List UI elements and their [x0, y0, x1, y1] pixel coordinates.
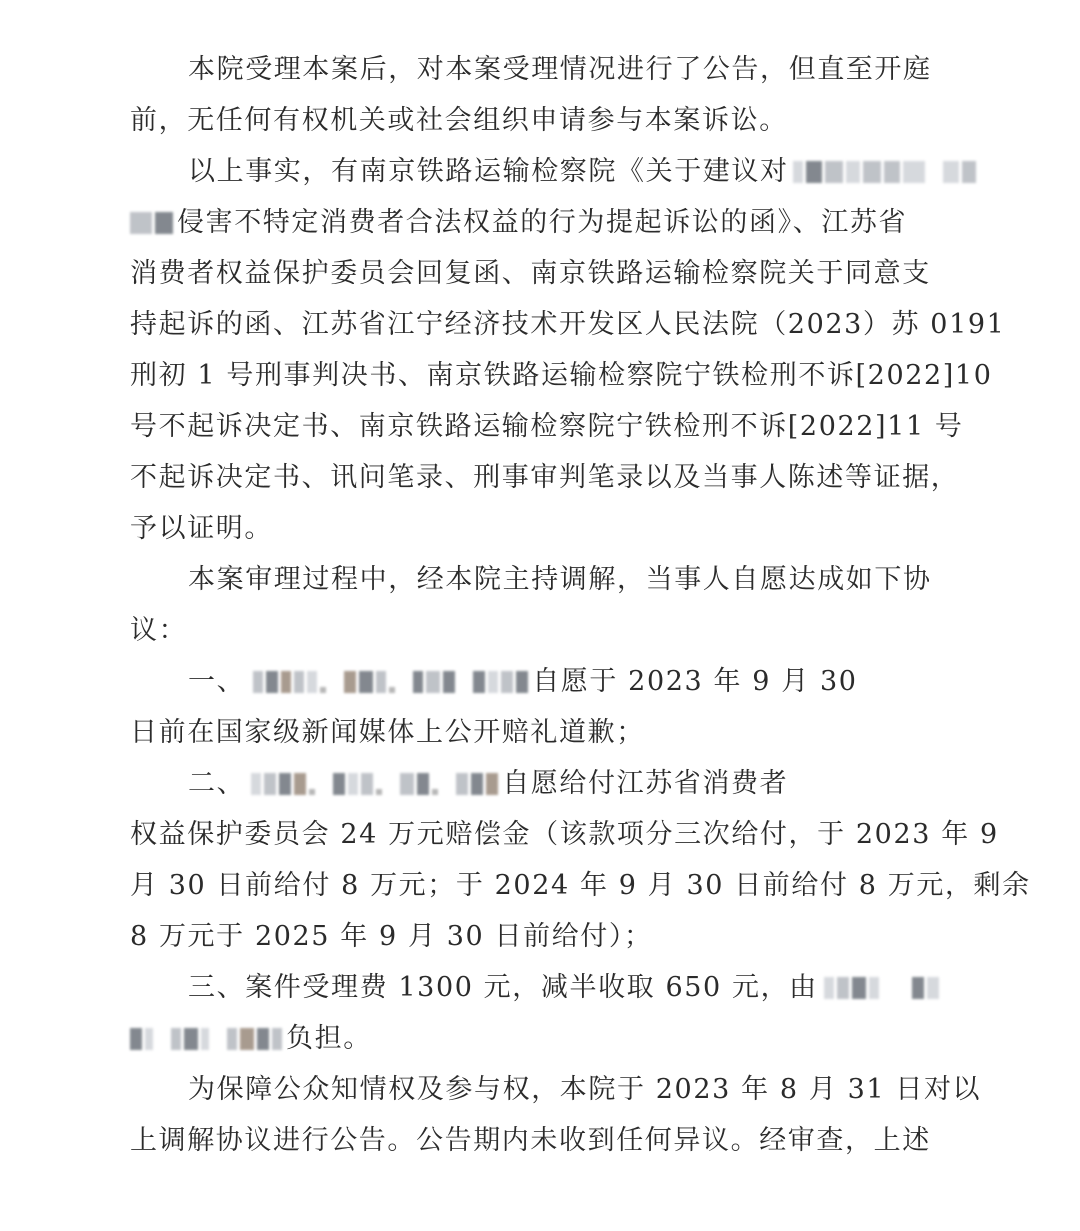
item-3-line-2: 负担。 — [130, 1013, 952, 1064]
item-3-line-1: 三、案件受理费 1300 元，减半收取 650 元，由 — [130, 962, 952, 1013]
paragraph-3-line-2: 议： — [130, 605, 952, 656]
item-1-line-1: 一、 自愿于 2023 年 9 月 30 — [130, 656, 952, 707]
text: 予以证明。 — [130, 503, 273, 554]
item-1-line-2: 日前在国家级新闻媒体上公开赔礼道歉； — [130, 707, 952, 758]
item-2-line-4: 8 万元于 2025 年 9 月 30 日前给付）； — [130, 911, 952, 962]
text: 上调解协议进行公告。公告期内未收到任何异议。经审查，上述 — [130, 1115, 931, 1166]
redacted-names — [253, 667, 528, 697]
item-2-line-2: 权益保护委员会 24 万元赔偿金（该款项分三次给付，于 2023 年 9 — [130, 809, 952, 860]
paragraph-4-line-2: 上调解协议进行公告。公告期内未收到任何异议。经审查，上述 — [130, 1115, 952, 1166]
text: 自愿于 2023 年 9 月 30 — [532, 656, 857, 707]
text: 消费者权益保护委员会回复函、南京铁路运输检察院关于同意支 — [130, 248, 931, 299]
text: 权益保护委员会 24 万元赔偿金（该款项分三次给付，于 2023 年 9 — [130, 809, 999, 860]
paragraph-2-line-4: 持起诉的函、江苏省江宁经济技术开发区人民法院（2023）苏 0191 — [130, 299, 952, 350]
item-prefix: 一、 — [188, 656, 245, 707]
paragraph-2-line-2: 侵害不特定消费者合法权益的行为提起诉讼的函》、江苏省 — [130, 197, 952, 248]
text: 为保障公众知情权及参与权，本院于 2023 年 8 月 31 日对以 — [188, 1064, 981, 1115]
paragraph-3-line-1: 本案审理过程中，经本院主持调解，当事人自愿达成如下协 — [130, 554, 952, 605]
text: 议： — [130, 605, 187, 656]
text: 号不起诉决定书、南京铁路运输检察院宁铁检刑不诉[2022]11 号 — [130, 401, 964, 452]
text: 持起诉的函、江苏省江宁经济技术开发区人民法院（2023）苏 0191 — [130, 299, 1005, 350]
text: 刑初 1 号刑事判决书、南京铁路运输检察院宁铁检刑不诉[2022]10 — [130, 350, 992, 401]
text: 前，无任何有权机关或社会组织申请参与本案诉讼。 — [130, 95, 788, 146]
text-wrap: 侵害不特定消费者合法权益的行为提起诉讼的函》、江苏省 — [177, 197, 952, 248]
paragraph-1-line-2: 前，无任何有权机关或社会组织申请参与本案诉讼。 — [130, 95, 952, 146]
document-page: 本院受理本案后，对本案受理情况进行了公告，但直至开庭 前，无任何有权机关或社会组… — [130, 44, 952, 1166]
text: 8 万元于 2025 年 9 月 30 日前给付）； — [130, 911, 653, 962]
paragraph-2-line-5: 刑初 1 号刑事判决书、南京铁路运输检察院宁铁检刑不诉[2022]10 — [130, 350, 952, 401]
text: 侵害不特定消费者合法权益的行为提起诉讼的函》、江苏省 — [177, 197, 907, 248]
paragraph-2-line-6: 号不起诉决定书、南京铁路运输检察院宁铁检刑不诉[2022]11 号 — [130, 401, 952, 452]
paragraph-2-line-3: 消费者权益保护委员会回复函、南京铁路运输检察院关于同意支 — [130, 248, 952, 299]
text: 日前在国家级新闻媒体上公开赔礼道歉； — [130, 707, 645, 758]
item-2-line-1: 二、 自愿给付江苏省消费者 — [130, 758, 952, 809]
item-prefix: 二、 — [188, 758, 245, 809]
redacted-name — [793, 157, 976, 187]
text: 自愿给付江苏省消费者 — [502, 758, 788, 809]
text: 本案审理过程中，经本院主持调解，当事人自愿达成如下协 — [188, 554, 932, 605]
text: 不起诉决定书、讯问笔录、刑事审判笔录以及当事人陈述等证据， — [130, 452, 959, 503]
paragraph-2-line-8: 予以证明。 — [130, 503, 952, 554]
redacted-names — [824, 973, 939, 1003]
paragraph-2-line-7: 不起诉决定书、讯问笔录、刑事审判笔录以及当事人陈述等证据， — [130, 452, 952, 503]
text: 本院受理本案后，对本案受理情况进行了公告，但直至开庭 — [188, 44, 932, 95]
text: 三、案件受理费 1300 元，减半收取 650 元，由 — [188, 962, 818, 1013]
redacted-names — [130, 1024, 282, 1054]
text: 负担。 — [286, 1013, 372, 1064]
paragraph-1-line-1: 本院受理本案后，对本案受理情况进行了公告，但直至开庭 — [130, 44, 952, 95]
text: 以上事实，有南京铁路运输检察院《关于建议对 — [188, 146, 789, 197]
paragraph-4-line-1: 为保障公众知情权及参与权，本院于 2023 年 8 月 31 日对以 — [130, 1064, 952, 1115]
item-2-line-3: 月 30 日前给付 8 万元；于 2024 年 9 月 30 日前给付 8 万元… — [130, 860, 952, 911]
text: 月 30 日前给付 8 万元；于 2024 年 9 月 30 日前给付 8 万元… — [130, 860, 1031, 911]
paragraph-2-line-1: 以上事实，有南京铁路运输检察院《关于建议对 — [130, 146, 952, 197]
redacted-name — [130, 208, 173, 238]
redacted-names — [251, 769, 498, 799]
